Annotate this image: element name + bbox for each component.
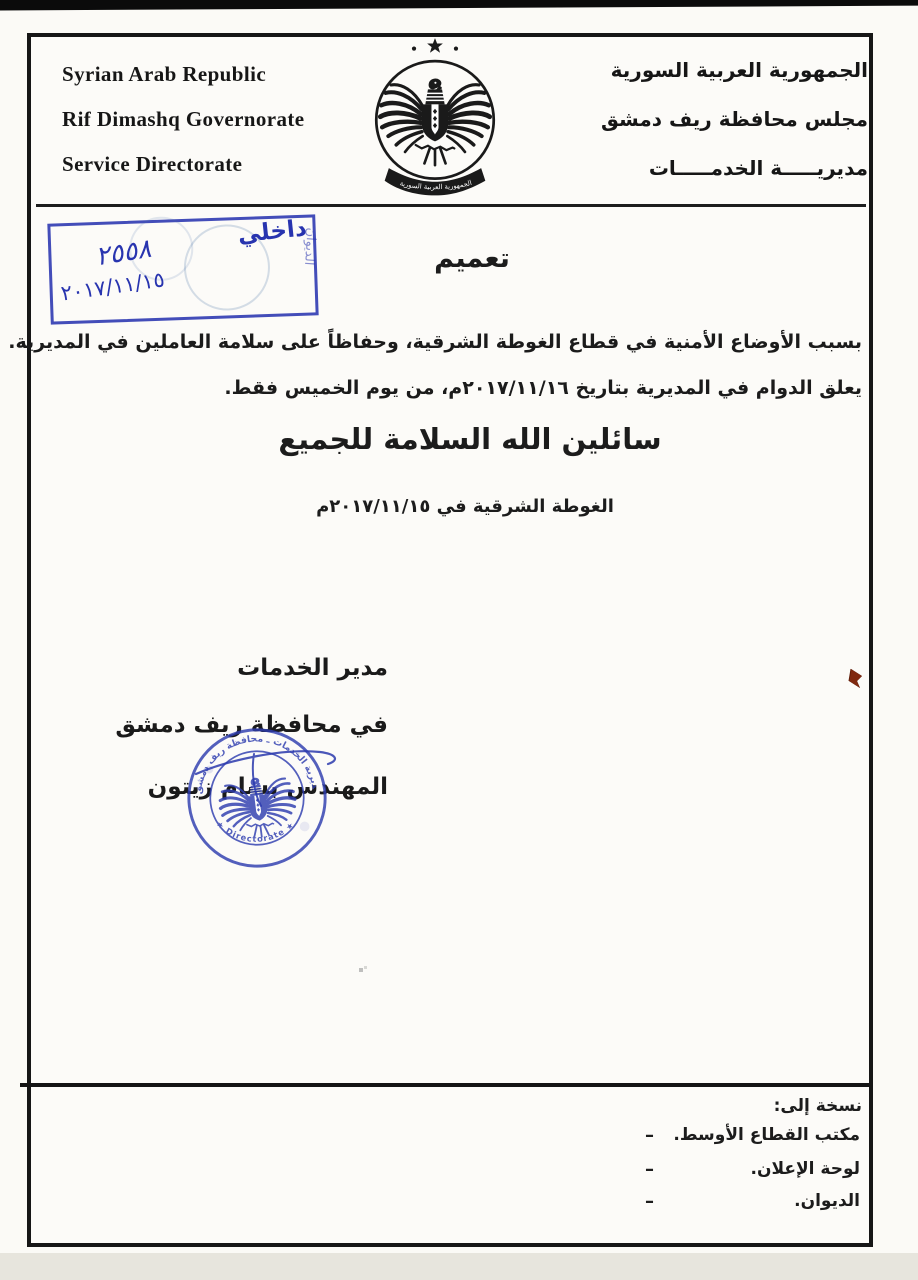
letterhead-arabic-line2: مجلس محافظة ريف دمشق [601,95,868,144]
letterhead-arabic-line3: مديريـــــة الخدمـــــات [601,144,868,193]
letterhead-english: Syrian Arab Republic Rif Dimashq Governo… [62,52,305,187]
dash-bullet: – [645,1125,654,1146]
letterhead-arabic: الجمهورية العربية السورية مجلس محافظة ري… [601,46,868,193]
letterhead-english-line3: Service Directorate [62,142,305,187]
closing-prayer: سائلين الله السلامة للجميع [0,422,918,456]
copy-item-row: – لوحة الإعلان. [645,1159,860,1183]
dash-bullet: – [645,1159,654,1180]
signatory-title: مدير الخدمات [237,655,388,681]
place-date-line: الغوطة الشرقية في ٢٠١٧/١١/١٥م [0,496,918,517]
copy-item-announcement-board: لوحة الإعلان. [751,1159,861,1179]
scan-speck [359,966,368,975]
red-ink-mark [846,667,866,693]
letterhead-english-line2: Rif Dimashq Governorate [62,97,305,142]
copy-item-central-sector-office: مكتب القطاع الأوسط. [673,1125,860,1145]
letterhead-arabic-line1: الجمهورية العربية السورية [601,46,868,95]
handwritten-signature [188,738,348,823]
letterhead-english-line1: Syrian Arab Republic [62,52,305,97]
copy-item-diwan: الديوان. [794,1191,860,1211]
copy-item-row: – الديوان. [645,1191,860,1215]
scanned-official-letter: Syrian Arab Republic Rif Dimashq Governo… [0,0,918,1280]
scan-edge-artifact [0,0,918,10]
copy-item-row: – مكتب القطاع الأوسط. [645,1125,860,1149]
page-border-frame [27,33,873,1247]
copy-to-label: نسخة إلى: [774,1096,862,1116]
footer-divider-line [20,1083,869,1087]
dash-bullet: – [645,1191,654,1212]
scan-background [0,1253,918,1280]
document-title: تعميم [0,243,918,274]
syrian-eagle-emblem-icon: الجمهورية العربية السورية [360,36,510,208]
body-paragraph-1: بسبب الأوضاع الأمنية في قطاع الغوطة الشر… [8,331,862,353]
body-paragraph-2: يعلق الدوام في المديرية بتاريخ ٢٠١٧/١١/١… [224,377,862,399]
